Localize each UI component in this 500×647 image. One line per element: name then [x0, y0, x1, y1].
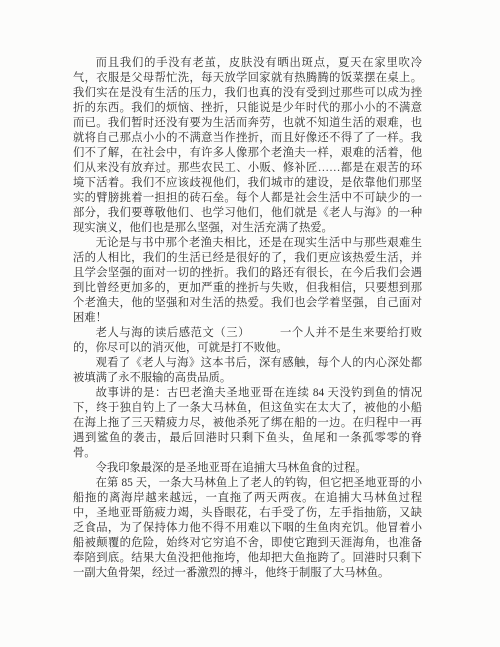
paragraph-after-reading: 观看了《老人与海》这本书后，深有感触，每个人的内心深处都被填满了永不服输的高贵品… [73, 356, 422, 386]
essay-body: 而且我们的手没有老茧，皮肤没有晒出斑点，夏天在家里吹冷气，衣服是父母帮忙洗，每天… [73, 56, 422, 581]
document-page: 而且我们的手没有老茧，皮肤没有晒出斑点，夏天在家里吹冷气，衣服是父母帮忙洗，每天… [0, 0, 500, 647]
paragraph-story-summary: 故事讲的是：古巴老渔夫圣地亚哥在连续 84 天没钓到鱼的情况下，终于独自钓上了一… [73, 386, 422, 461]
paragraph-deepest-impression: 令我印象最深的是圣地亚哥在追捕大马林鱼食的过程。 [73, 461, 422, 476]
paragraph-comparison-conclusion: 无论是与书中那个老渔夫相比，还是在现实生活中与那些艰难生活的人相比，我们的生活已… [73, 236, 422, 326]
paragraph-our-easy-life: 而且我们的手没有老茧，皮肤没有晒出斑点，夏天在家里吹冷气，衣服是父母帮忙洗，每天… [73, 56, 422, 236]
paragraph-essay3-heading-and-quote: 老人与海的读后感范文（三） 一个人并不是生来要给打败的，你尽可以的消灭他，可就是… [73, 326, 422, 356]
paragraph-day-85-chase: 在第 85 天，一条大马林鱼上了老人的钓钩，但它把圣地亚哥的小船拖的离海岸越来越… [73, 476, 422, 581]
